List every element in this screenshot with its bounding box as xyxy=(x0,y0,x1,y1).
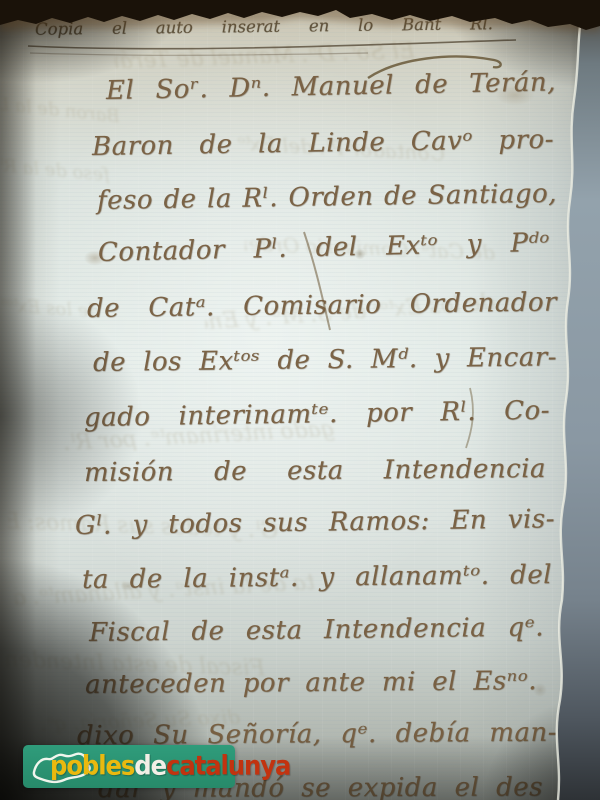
watermark-word-catalunya: catalunya xyxy=(166,750,290,781)
manuscript-line-5: de Catᵃ. Comisario Ordenador xyxy=(87,287,557,325)
watermark-text: poblesdecatalunya xyxy=(50,750,290,781)
manuscript-line-8: misión de esta Intendencia xyxy=(84,454,546,489)
manuscript-line-12: anteceden por ante mi el Esⁿᵒ. xyxy=(85,666,537,701)
manuscript-line-11: Fiscal de esta Intendencia qᵉ. xyxy=(89,612,544,649)
manuscript-photo: El Soʳ. Dⁿ. Manuel de Terán, Contador Pˡ… xyxy=(0,0,600,800)
ghost-text: de los Exᵗᵒˢ de S. Mᵈ. y Encar- xyxy=(0,295,101,323)
watermark-word-de: de xyxy=(134,750,166,781)
manuscript-line-6: de los Exᵗᵒˢ de S. Mᵈ. y Encar- xyxy=(93,342,557,379)
watermark-word-pobles: pobles xyxy=(50,750,134,781)
ghost-text: Baron de la Linde Cavᵒ pro- xyxy=(0,94,121,127)
ghost-text: El Soʳ. Dⁿ. Manuel de Terán, xyxy=(115,39,416,74)
manuscript-line-10: ta de la instᵃ. y allanamᵗᵒ. del xyxy=(82,560,552,596)
watermark-logo: poblesdecatalunya xyxy=(23,745,235,788)
